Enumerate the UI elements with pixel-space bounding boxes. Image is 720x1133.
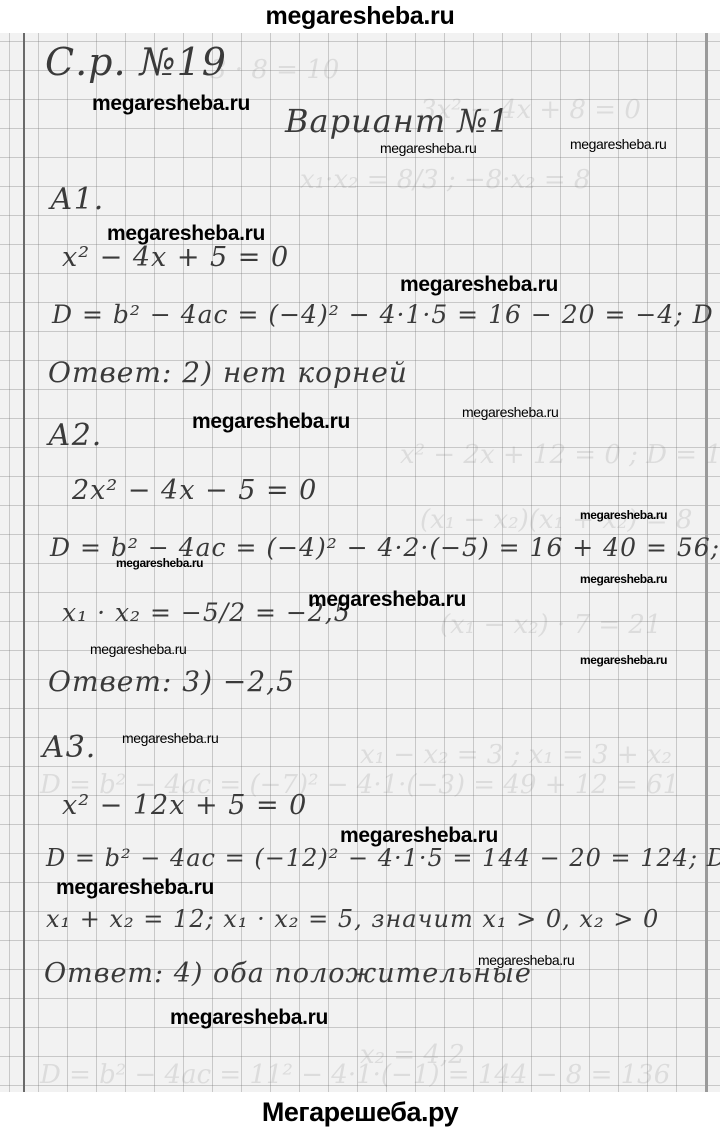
page-edge xyxy=(705,33,708,1092)
bleed-through-text: (x₁ − x₂) · 7 = 21 xyxy=(440,610,662,640)
task-a1-equation: x² − 4x + 5 = 0 xyxy=(62,242,289,273)
task-a3-answer: Ответ: 4) оба положительные xyxy=(44,958,532,989)
task-a1-discriminant: D = b² − 4ac = (−4)² − 4·1·5 = 16 − 20 =… xyxy=(52,300,720,329)
site-header: megaresheba.ru xyxy=(0,0,720,33)
watermark: megaresheba.ru xyxy=(478,952,574,968)
watermark: megaresheba.ru xyxy=(380,140,476,156)
watermark: megaresheba.ru xyxy=(90,641,186,657)
task-a3-equation: x² − 12x + 5 = 0 xyxy=(62,790,307,821)
watermark: megaresheba.ru xyxy=(580,508,667,522)
task-label-a1: А1. xyxy=(50,182,104,217)
task-a1-answer: Ответ: 2) нет корней xyxy=(48,356,408,389)
watermark: megaresheba.ru xyxy=(170,1006,328,1030)
task-a3-discriminant: D = b² − 4ac = (−12)² − 4·1·5 = 144 − 20… xyxy=(46,844,720,872)
watermark: megaresheba.ru xyxy=(400,273,558,297)
watermark: megaresheba.ru xyxy=(116,556,203,570)
watermark: megaresheba.ru xyxy=(107,222,265,246)
bleed-through-text: x₁·x₂ = 8/3 ; −8·x₂ = 8 xyxy=(300,165,590,195)
task-a2-answer: Ответ: 3) −2,5 xyxy=(48,665,295,698)
bleed-through-text: 3 · 8 = 10 xyxy=(210,55,339,85)
bleed-through-text: D = b² − 4ac = 11² − 4·1·(−1) = 144 − 8 … xyxy=(40,1060,670,1090)
margin-line xyxy=(23,33,25,1092)
work-title: С.р. №19 xyxy=(45,40,227,84)
watermark: megaresheba.ru xyxy=(462,404,558,420)
watermark: megaresheba.ru xyxy=(122,730,218,746)
bleed-through-text: x² − 2x + 12 = 0 ; D = 16 − 20 xyxy=(400,440,720,470)
variant-heading: Вариант №1 xyxy=(285,102,510,140)
site-footer: Мегарешеба.ру xyxy=(0,1092,720,1133)
bleed-through-text: x₁ − x₂ = 3 ; x₁ = 3 + x₂ xyxy=(360,740,672,770)
watermark: megaresheba.ru xyxy=(192,410,350,434)
watermark: megaresheba.ru xyxy=(308,588,466,612)
watermark: megaresheba.ru xyxy=(92,92,250,116)
task-a3-vieta: x₁ + x₂ = 12; x₁ · x₂ = 5, значит x₁ > 0… xyxy=(46,905,659,933)
task-label-a3: А3. xyxy=(42,730,96,765)
watermark: megaresheba.ru xyxy=(340,824,498,848)
watermark: megaresheba.ru xyxy=(580,653,667,667)
task-label-a2: А2. xyxy=(48,418,102,453)
watermark: megaresheba.ru xyxy=(580,572,667,586)
task-a2-equation: 2x² − 4x − 5 = 0 xyxy=(72,475,317,506)
watermark: megaresheba.ru xyxy=(570,136,666,152)
watermark: megaresheba.ru xyxy=(56,876,214,900)
